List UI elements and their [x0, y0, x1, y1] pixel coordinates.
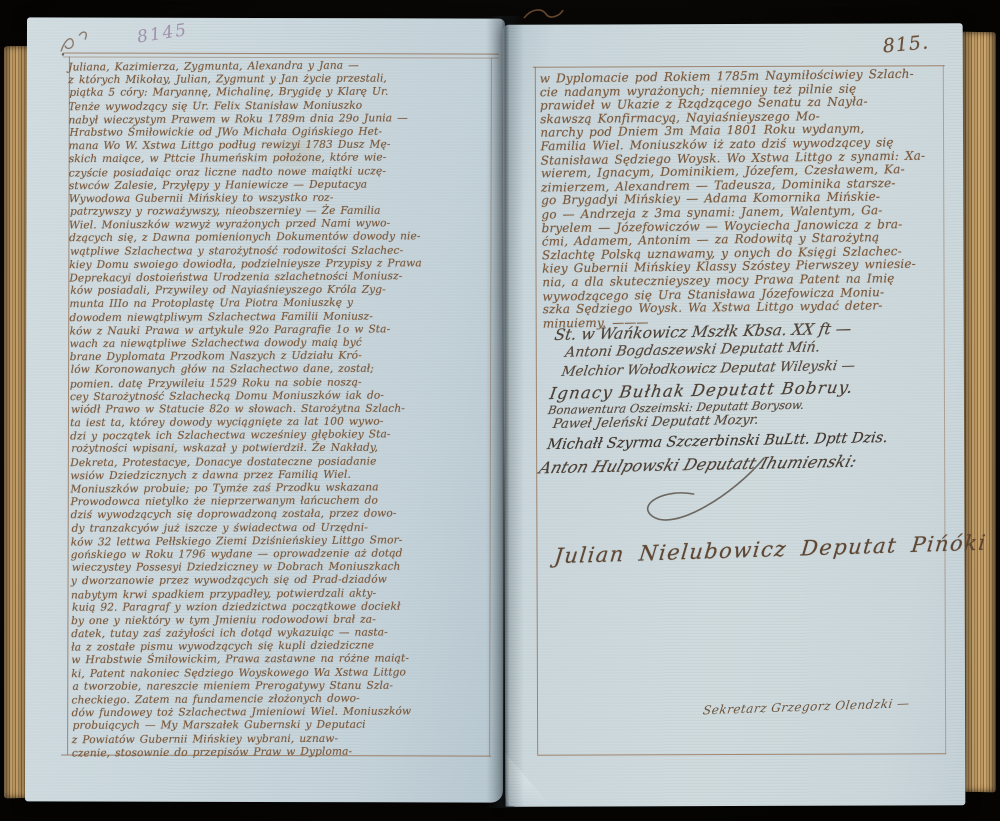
- manuscript-line: dziś wywodzących się doprowadzoną został…: [71, 507, 495, 522]
- folio-page-number: 815.: [882, 31, 930, 57]
- manuscript-line: wątpliwe Szlachectwa y starożytność rodo…: [70, 244, 494, 259]
- manuscript-line: pomien. datę Przywileiu 1529 Roku na sob…: [70, 375, 494, 391]
- manuscript-text-left: Juliana, Kazimierza, Zygmunta, Alexandra…: [68, 59, 496, 760]
- manuscript-text-right: w Dyplomacie pod Rokiem 1785m Naymiłości…: [540, 67, 945, 331]
- manuscript-line: czenie, stosownie do przepisów Praw w Dy…: [72, 744, 496, 760]
- manuscript-line: kuią 92. Paragraf y wzion dziedzictwa po…: [72, 600, 496, 615]
- manuscript-line: ków 32 lettwa Pełłskiego Ziemi Dziśnieńs…: [71, 533, 495, 549]
- gutter-top-ink-mark: [520, 4, 566, 24]
- manuscript-photo: 8145 Juliana, Kazimierza, Zygmunta, Alex…: [0, 0, 1000, 821]
- left-page: 8145 Juliana, Kazimierza, Zygmunta, Alex…: [25, 17, 505, 802]
- manuscript-line: probuiących — My Marszałek Gubernski y D…: [73, 719, 497, 734]
- manuscript-line: wiódł Prawo w Statucie 82o w słowach. St…: [71, 402, 495, 417]
- manuscript-line: Hrabstwo Śmiłowickie od JWo Michała Ogiń…: [70, 125, 494, 140]
- frame-top-rule-1: [63, 52, 499, 54]
- pencil-archive-number: 8145: [136, 20, 190, 48]
- book-page-edges-right: [960, 32, 996, 793]
- manuscript-line: ków posiadali, Przywiley od Nayiaśnieysz…: [70, 284, 494, 299]
- manuscript-line: piątka 5 córy: Maryannę, Michalinę, Bryg…: [69, 86, 493, 101]
- main-signature: Julian Nielubowicz Deputat Pińóki: [553, 532, 955, 569]
- folded-page-corner: [505, 741, 551, 807]
- ink-scribble: [55, 25, 99, 59]
- frame-left-rule: [535, 67, 538, 755]
- right-page: 815. w Dyplomacie pod Rokiem 1785m Naymi…: [503, 23, 966, 807]
- manuscript-line: czyście posiadaiąc oraz liczne nadto now…: [69, 164, 493, 180]
- secretary-signature: Sekretarz Grzegorz Olendzki —: [702, 696, 911, 717]
- manuscript-line: ków z Nauki Prawa w artykule 92o Paragra…: [70, 322, 494, 338]
- frame-bottom-rule: [537, 753, 946, 755]
- manuscript-line: rożytności wpisani, wskazał y potwierdzi…: [71, 442, 495, 457]
- manuscript-line: wieczystey Possesyi Dziedziczney w Dobra…: [72, 560, 496, 575]
- manuscript-line: dzących się, z Dawna pomienionych Dokume…: [69, 230, 493, 245]
- signature-block: St. w Wańkowicz Mszłk Kbsa. XX ft —Anton…: [542, 318, 949, 480]
